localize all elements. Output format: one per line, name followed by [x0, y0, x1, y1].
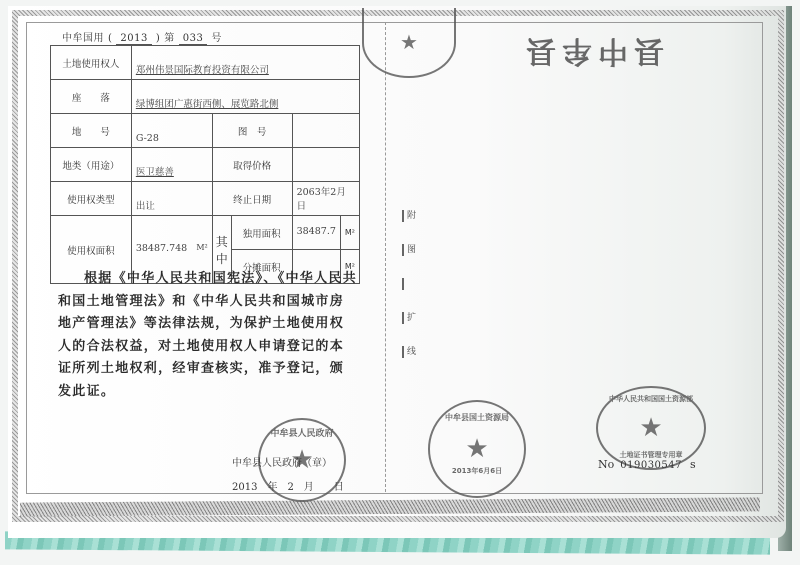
attach-label: 线: [402, 346, 416, 358]
seal-text: 中华人民共和国国土资源部: [609, 394, 693, 404]
mirrored-cover-title: 县中牟县: [520, 32, 664, 76]
legal-declaration: 根据《中华人民共和国宪法》、《中华人民共和国土地管理法》和《中华人民共和国城市房…: [58, 268, 358, 403]
cert-hao: 号: [211, 33, 222, 44]
seal-text: 中牟县国土资源局: [445, 412, 509, 423]
cert-prefix: 中牟国用: [62, 33, 104, 44]
serial-prefix: No: [598, 458, 614, 471]
area-value: 38487.748: [136, 243, 187, 254]
land-user-label: 土地使用权人: [51, 46, 132, 80]
attach-label: [402, 278, 416, 290]
seal-text: 中牟县人民政府: [270, 426, 333, 439]
serial-number: No019030547s: [598, 458, 696, 471]
seal-date: 2013年6月6日: [452, 466, 502, 476]
table-row: 座 落 绿博组团广惠街西侧、展览路北侧: [51, 80, 360, 114]
right-type-label: 使用权类型: [51, 182, 132, 216]
star-icon: ★: [639, 413, 662, 443]
land-user-value: 郑州伟景国际教育投资有限公司: [131, 46, 359, 80]
land-type-value: 医卫慈善: [131, 148, 212, 182]
parcel-no-label: 地 号: [51, 114, 132, 148]
seal-top-partial: ★: [362, 8, 456, 78]
exclusive-area-unit: M²: [340, 216, 359, 250]
serial-value: 019030547: [620, 460, 682, 471]
table-row: 土地使用权人 郑州伟景国际教育投资有限公司: [51, 46, 360, 80]
map-no-label: 图 号: [212, 114, 292, 148]
cert-di: 第: [164, 33, 175, 44]
attach-label: 扩: [402, 312, 416, 324]
exclusive-area-label: 独用面积: [231, 216, 292, 250]
land-type-label: 地类（用途）: [51, 148, 132, 182]
attach-label: 图: [402, 244, 416, 256]
table-row: 地类（用途） 医卫慈善 取得价格: [51, 148, 360, 182]
location-value: 绿博组团广惠街西侧、展览路北侧: [131, 80, 359, 114]
table-row: 地 号 G-28 图 号: [51, 114, 360, 148]
table-row: 使用权类型 出让 终止日期 2063年2月 日: [51, 182, 360, 216]
certificate-number: 中牟国用(2013)第033号: [62, 29, 226, 44]
land-bureau-seal: ★ 中牟县国土资源局 2013年6月6日: [428, 400, 526, 498]
land-info-table: 土地使用权人 郑州伟景国际教育投资有限公司 座 落 绿博组团广惠街西侧、展览路北…: [50, 45, 360, 284]
price-label: 取得价格: [212, 148, 292, 182]
price-value: [292, 148, 359, 182]
exclusive-area-value: 38487.7: [292, 216, 340, 250]
end-date-value: 2063年2月 日: [292, 182, 359, 216]
area-unit: M²: [196, 243, 207, 252]
star-icon: ★: [400, 30, 418, 54]
attach-label: 附: [402, 210, 416, 222]
serial-suffix: s: [690, 458, 696, 471]
table-row: 使用权面积 38487.748 M² 其中 独用面积 38487.7 M²: [51, 216, 360, 250]
star-icon: ★: [465, 434, 488, 464]
map-no-value: [292, 114, 359, 148]
right-type-value: 出让: [131, 182, 212, 216]
fold-line: [385, 22, 386, 492]
cert-year: 2013: [116, 33, 151, 45]
attachment-diagram-labels: 附 图 扩 线: [402, 210, 416, 380]
parcel-no-value: G-28: [131, 114, 212, 148]
issue-date: 2013 年 2 月 日: [232, 478, 344, 493]
cert-number: 033: [179, 33, 208, 45]
location-label: 座 落: [51, 80, 132, 114]
end-date-label: 终止日期: [212, 182, 292, 216]
issuer-name: 中牟县人民政府（章）: [232, 454, 332, 469]
